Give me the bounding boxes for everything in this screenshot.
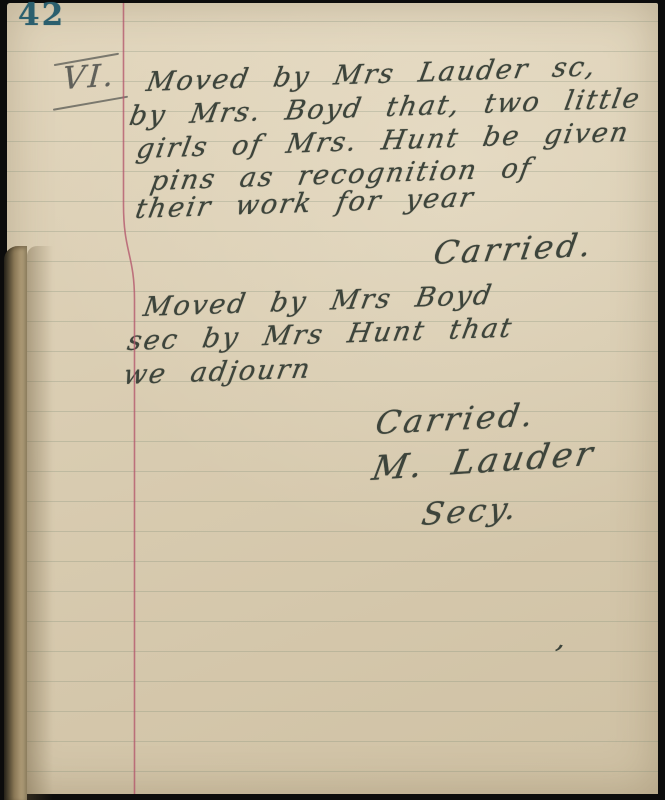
red-margin-line xyxy=(0,0,665,800)
page-curl-shadow xyxy=(27,246,53,800)
minute-book-scan: 42 VI. Moved by Mrs Lauder sc, by Mrs. B… xyxy=(0,0,665,800)
page-stack-edge xyxy=(4,246,27,800)
